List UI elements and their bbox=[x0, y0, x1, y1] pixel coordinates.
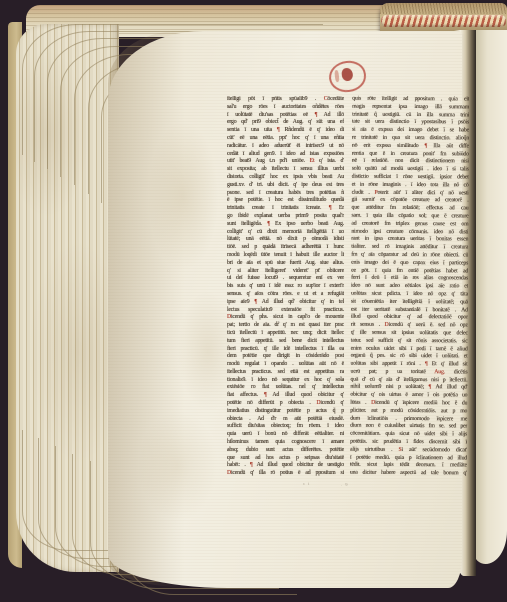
text-line: cūt' eē una eētia. ppt' hoc q' ī una eñt… bbox=[227, 135, 344, 143]
fore-edge-page-stack bbox=[16, 24, 119, 572]
stamp-emblem bbox=[341, 67, 353, 81]
rubric-red-text: C bbox=[324, 96, 328, 102]
text-line: modū regulat ī opando . uolūtas aūt nō ē bbox=[227, 361, 344, 369]
text-line: fiat affectus. ¶ Ad illud quod obicitur … bbox=[227, 392, 344, 400]
text-line: radicātur. ī adeo aduerūt' ēi intrīsec9 … bbox=[227, 143, 344, 151]
text-line: hilominus tamen quia cognoscere ī amare bbox=[227, 439, 344, 447]
text-line: Dicendū q' illa rō potius ē ad ppositum … bbox=[227, 470, 344, 478]
text-line: potētie nō differūt p obiecta . Dicendū … bbox=[227, 400, 344, 408]
text-line: ītelligi pōt ī pñtis spūalib9 . Cōcedūte bbox=[227, 96, 344, 104]
rubric-red-text: D bbox=[385, 322, 389, 328]
rubric-red-text: ¶ bbox=[255, 299, 257, 305]
rubric-red-text: S bbox=[398, 447, 401, 453]
text-line: ītellectus practicus. sed etiā est appet… bbox=[227, 369, 344, 377]
text-line: imediatius distinguūtur potētie p actus … bbox=[227, 408, 344, 416]
text-line: sensus. q' aīos cōtra rōes. e ut et a re… bbox=[227, 291, 344, 299]
text-line: dem potētie que dirigit in cōsiderādo po… bbox=[227, 353, 344, 361]
text-line: go ibidē explanat uerba prim9 posita qua… bbox=[227, 213, 344, 221]
text-line: ipse aīe9 ¶ Ad illud qd' obicitur q' in … bbox=[227, 299, 344, 307]
rubric-red-text: P bbox=[374, 189, 377, 195]
text-line: lūtatē; unā eētiā. nō dixit p oīmodā īdi… bbox=[227, 236, 344, 244]
text-line: et in rōne imaginis . ī ideo tota illa n… bbox=[352, 181, 469, 190]
rubric-red-text: D bbox=[316, 400, 320, 406]
text-line: tum fieri appetitū. sed bene dicit intel… bbox=[227, 338, 344, 346]
quire-signature-mark: c i bbox=[303, 481, 310, 486]
text-line: enis imago dei ē quo capax eius ī partic… bbox=[351, 259, 468, 268]
text-column-left: ītelligi pōt ī pñtis spūalib9 . Cōcedūte… bbox=[227, 96, 344, 484]
headband-stitches bbox=[381, 15, 506, 27]
text-line: utit' beat9 Aug t.n pd'i uniōe. Et q' is… bbox=[227, 158, 344, 166]
text-line: quia uerū ī bonū nō differāt eētialiter.… bbox=[227, 431, 344, 439]
text-line: bis suis q' unū ī idē essz ro sup'ior ī … bbox=[227, 283, 344, 291]
text-line: absq; dubio sunt actus differētes. potēt… bbox=[227, 447, 344, 455]
text-line: sit cōueniētia iter ītelligētiā ī uolūta… bbox=[351, 298, 468, 307]
text-line: ui deī fuisse locut9 . sequeretur enī ex… bbox=[227, 275, 344, 283]
text-line: distorta. colligit' hoc ex ipsis vbis be… bbox=[227, 174, 344, 182]
text-line: ē ipse potētie. ī hoc est dissimilitudo … bbox=[227, 197, 344, 205]
text-line: una dicitur habere aspectū ad tale bonum… bbox=[350, 470, 467, 479]
text-line: sunt ītelligēda. ¶ Ex ipso uerbo beati A… bbox=[227, 221, 344, 229]
stamp-ink-streak bbox=[334, 70, 339, 82]
text-line: nō erit expssa similitudo ¶ Illa aūt dif… bbox=[352, 142, 469, 151]
facing-page-sliver bbox=[474, 30, 507, 564]
text-line: tiōē. sed p quādā ītrīsecā adherētiā ī h… bbox=[227, 244, 344, 252]
text-line: magis repsentat ipsa imago illā summam bbox=[352, 103, 469, 112]
headband-fray-texture bbox=[380, 3, 507, 14]
text-line: sit exposita; ab ītellectu ī sensu illiu… bbox=[227, 166, 344, 174]
rubric-red-text: ¶ bbox=[277, 127, 279, 133]
text-line: trinitatis create ī trinitatis īcreate. … bbox=[227, 205, 344, 213]
rubric-red-text: ¶ bbox=[429, 385, 431, 391]
photo-background: { "colors": { "background": "#281e27", "… bbox=[0, 0, 507, 602]
rubric-red-text: Aug. bbox=[434, 369, 445, 375]
rubric-red-text: D bbox=[227, 314, 231, 320]
text-line: modū loqēdi ūtōe tenuit ī habuit ille au… bbox=[227, 252, 344, 260]
text-line: sentia ī una uita ¶ Rñdendū ē q' ideo di bbox=[227, 127, 344, 135]
text-column-right: quis rōte ītelligit ad ppositum . quia e… bbox=[350, 96, 469, 485]
rubric-red-text: ¶ bbox=[267, 221, 269, 227]
rubric-red-text: Et bbox=[310, 158, 315, 164]
page-inner-shading bbox=[108, 31, 198, 588]
text-line: bri de aīa et spū siue fuerit Aug. siue … bbox=[227, 260, 344, 268]
text-line: ticū ītellectū ī appetitū. nec unq; dici… bbox=[227, 330, 344, 338]
text-line: ad creatorē fm triplex genus cause est o… bbox=[351, 220, 468, 229]
text-line: sal'u ergo rōes ī auctoritates oñdētes r… bbox=[227, 104, 344, 112]
text-line: pat; tertio de aīa. dr̃ q' m est quasi i… bbox=[227, 322, 344, 330]
text-line: alijs uirtutibus . Si aūt' secūdomodo di… bbox=[350, 446, 467, 455]
rubric-red-text: ¶ bbox=[315, 112, 317, 118]
rubric-red-text: D bbox=[227, 470, 231, 476]
rubric-red-text: ¶ bbox=[425, 143, 427, 149]
rubric-red-text: ¶ bbox=[425, 361, 427, 367]
two-column-text-block: ītelligi pōt ī pñtis spūalib9 . Cōcedūte… bbox=[227, 96, 468, 484]
rubric-red-text: D bbox=[371, 400, 375, 406]
text-line: tatur. sed sufficit q' sit rōnis associe… bbox=[351, 337, 468, 346]
quire-signature-mark: . 9 bbox=[341, 482, 349, 487]
rubric-red-text: ¶ bbox=[264, 392, 266, 398]
rubric-red-text: ¶ bbox=[250, 462, 252, 468]
open-book-photo: ītelligi pōt ī pñtis spūalib9 . Cōcedūte… bbox=[0, 0, 507, 602]
rubric-red-text: ¶ bbox=[329, 205, 331, 211]
text-line: Dicendū q' phs. sicut in capl'o de mouen… bbox=[227, 314, 344, 322]
text-line: gusti.xv. d' tri. ubi dicit. q' ipe deus… bbox=[227, 182, 344, 190]
